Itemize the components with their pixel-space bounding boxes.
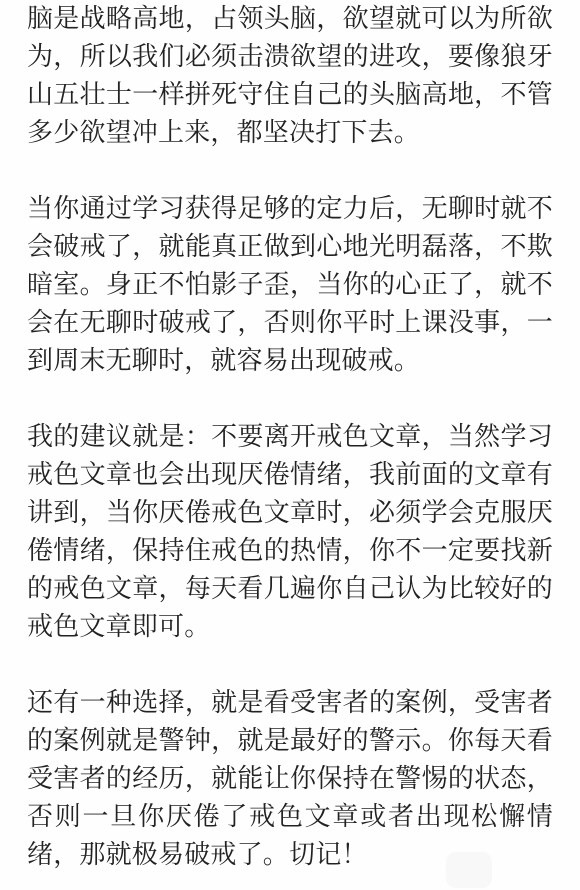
watermark xyxy=(446,852,492,888)
paragraph: 我的建议就是：不要离开戒色文章，当然学习戒色文章也会出现厌倦情绪，我前面的文章有… xyxy=(27,418,553,646)
document-page: 脑是战略高地，占领头脑，欲望就可以为所欲为，所以我们必须击溃欲望的进攻，要像狼牙… xyxy=(0,0,580,890)
paragraph: 当你通过学习获得足够的定力后，无聊时就不会破戒了，就能真正做到心地光明磊落，不欺… xyxy=(27,190,553,380)
paragraph: 还有一种选择，就是看受害者的案例，受害者的案例就是警钟，就是最好的警示。你每天看… xyxy=(27,684,553,874)
paragraph: 脑是战略高地，占领头脑，欲望就可以为所欲为，所以我们必须击溃欲望的进攻，要像狼牙… xyxy=(27,0,553,152)
text-body: 脑是战略高地，占领头脑，欲望就可以为所欲为，所以我们必须击溃欲望的进攻，要像狼牙… xyxy=(0,0,580,874)
